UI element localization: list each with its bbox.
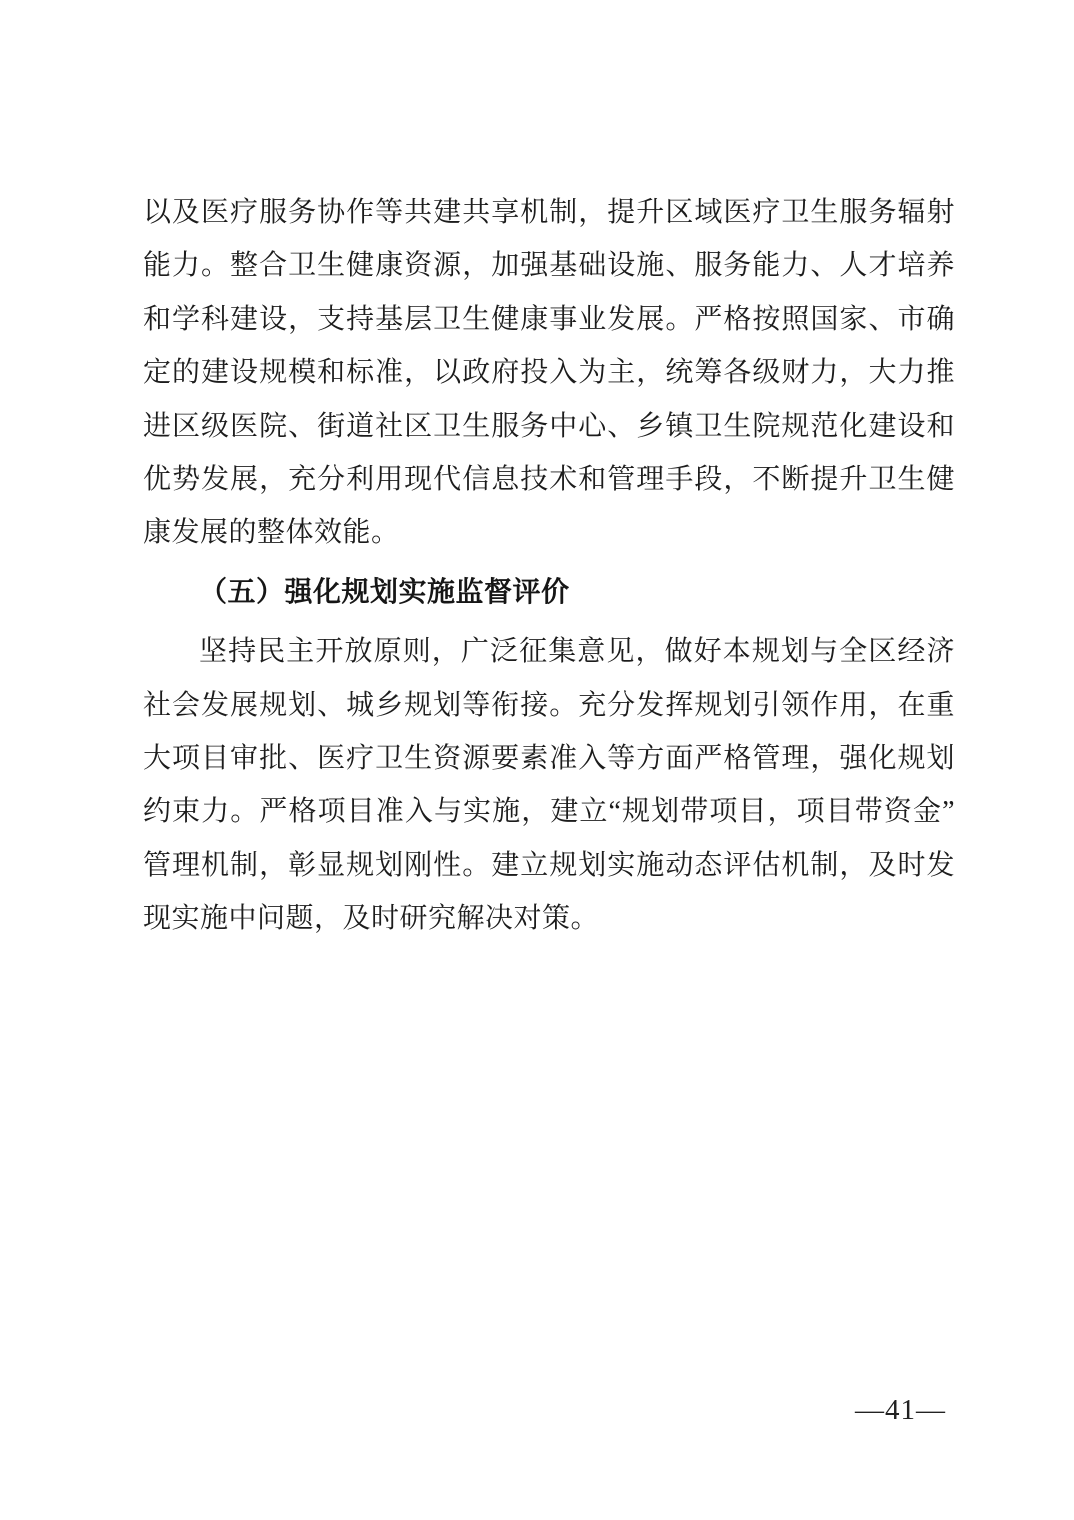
paragraph-1-line: 以及医疗服务协作等共建共享机制，提升区域医疗卫生服务辐射 [143, 186, 955, 239]
paragraph-2-line: 约束力。严格项目准入与实施，建立“规划带项目，项目带资金” [143, 785, 955, 838]
paragraph-2-line: 大项目审批、医疗卫生资源要素准入等方面严格管理，强化规划 [143, 732, 955, 785]
paragraph-2: 坚持民主开放原则，广泛征集意见，做好本规划与全区经济 社会发展规划、城乡规划等衔… [143, 625, 955, 945]
paragraph-2-line: 管理机制，彰显规划刚性。建立规划实施动态评估机制，及时发 [143, 839, 955, 892]
paragraph-1-line: 康发展的整体效能。 [143, 506, 955, 559]
paragraph-1-line: 定的建设规模和标准，以政府投入为主，统筹各级财力，大力推 [143, 346, 955, 399]
page-number: —41— [855, 1392, 946, 1428]
paragraph-1-line: 优势发展，充分利用现代信息技术和管理手段，不断提升卫生健 [143, 453, 955, 506]
section-heading: （五）强化规划实施监督评价 [143, 566, 955, 619]
paragraph-2-line: 社会发展规划、城乡规划等衔接。充分发挥规划引领作用，在重 [143, 679, 955, 732]
paragraph-1-line: 进区级医院、街道社区卫生服务中心、乡镇卫生院规范化建设和 [143, 400, 955, 453]
paragraph-1: 以及医疗服务协作等共建共享机制，提升区域医疗卫生服务辐射 能力。整合卫生健康资源… [143, 186, 955, 560]
paragraph-2-line: 坚持民主开放原则，广泛征集意见，做好本规划与全区经济 [143, 625, 955, 678]
document-body: 以及医疗服务协作等共建共享机制，提升区域医疗卫生服务辐射 能力。整合卫生健康资源… [143, 186, 955, 945]
paragraph-1-line: 能力。整合卫生健康资源，加强基础设施、服务能力、人才培养 [143, 239, 955, 292]
paragraph-2-line: 现实施中问题，及时研究解决对策。 [143, 892, 955, 945]
paragraph-1-line: 和学科建设，支持基层卫生健康事业发展。严格按照国家、市确 [143, 293, 955, 346]
document-page: 以及医疗服务协作等共建共享机制，提升区域医疗卫生服务辐射 能力。整合卫生健康资源… [0, 0, 1074, 1520]
